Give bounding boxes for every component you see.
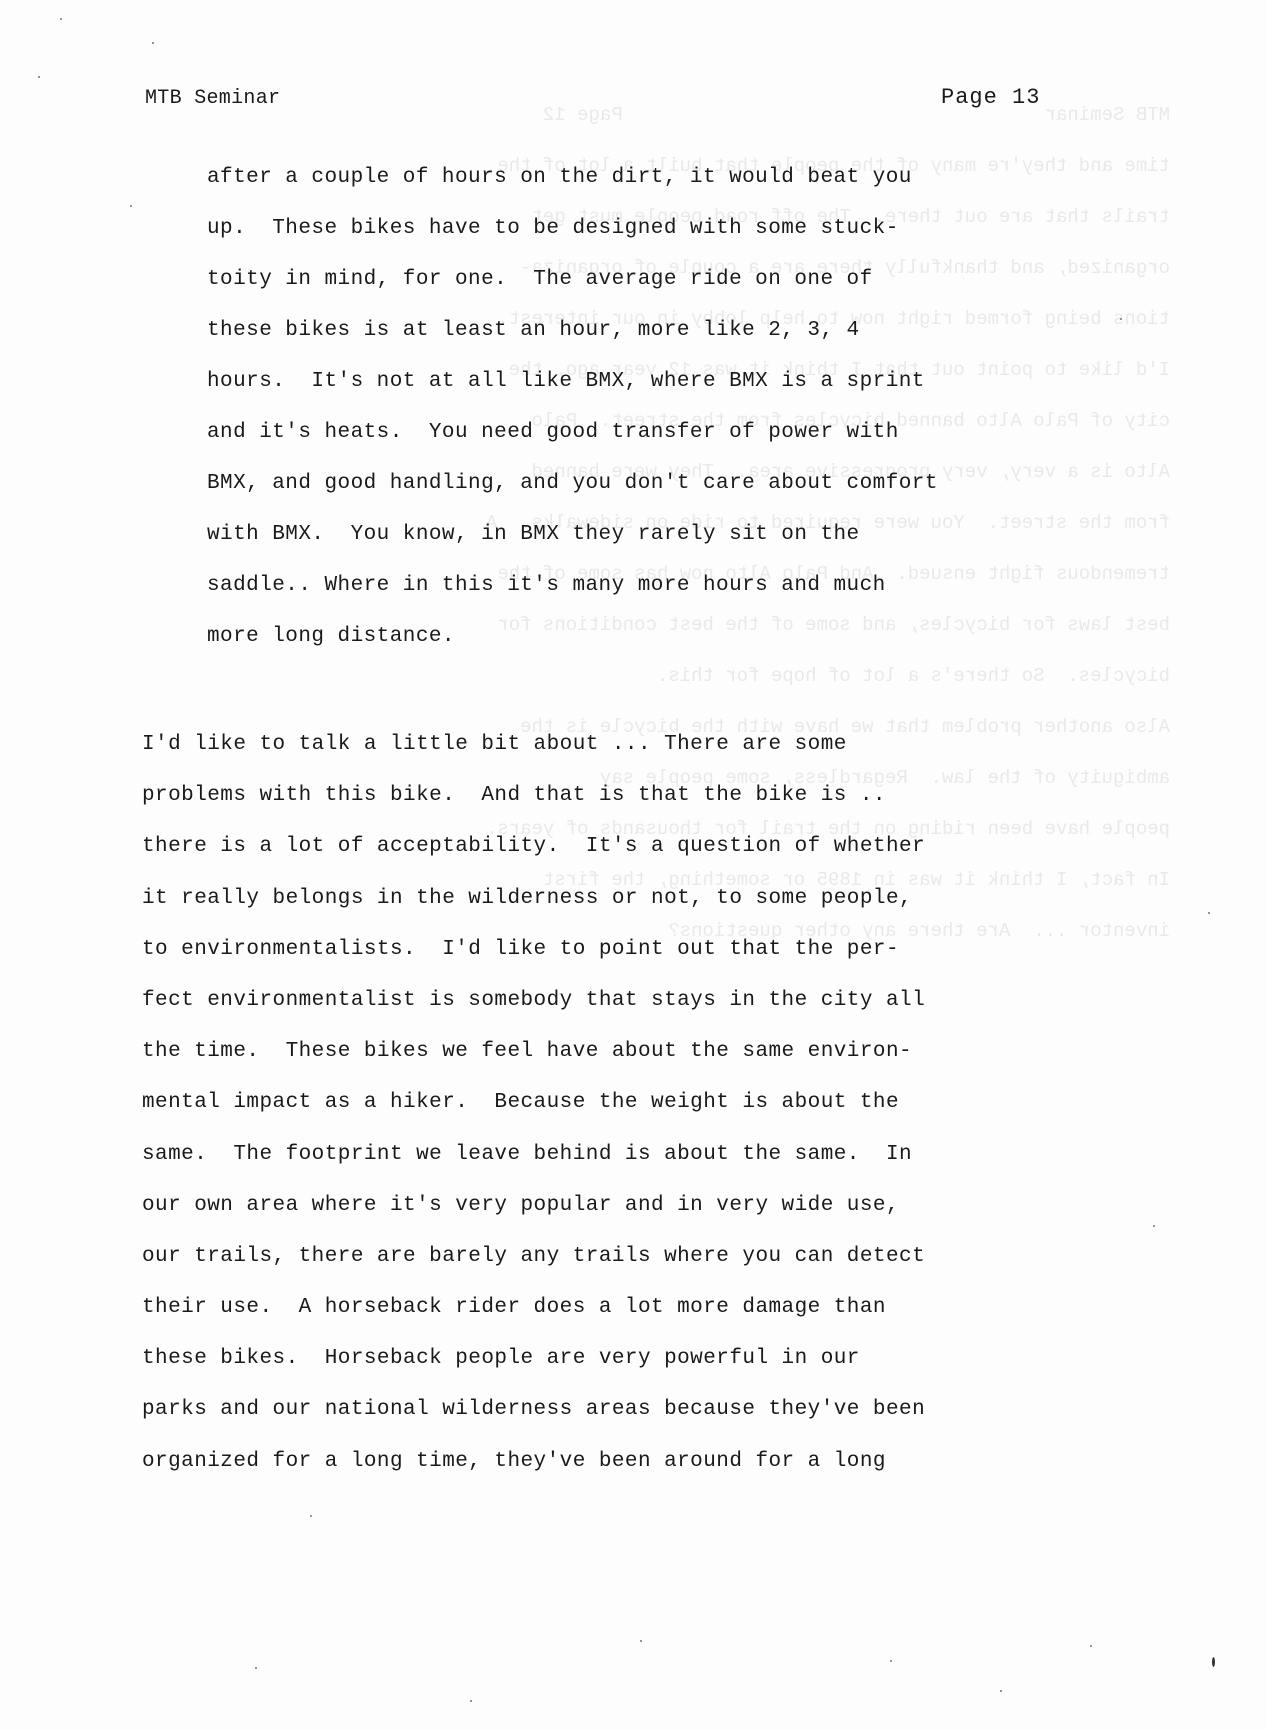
scan-speck — [890, 1660, 892, 1662]
text-line: I'd like to talk a little bit about ... … — [142, 719, 925, 770]
text-line: the time. These bikes we feel have about… — [142, 1026, 925, 1077]
text-line: up. These bikes have to be designed with… — [207, 203, 938, 254]
scan-speck — [60, 18, 62, 20]
text-line: saddle.. Where in this it's many more ho… — [207, 560, 938, 611]
text-line: these bikes. Horseback people are very p… — [142, 1333, 925, 1384]
text-line: after a couple of hours on the dirt, it … — [207, 152, 938, 203]
scan-speck — [255, 1667, 257, 1669]
text-line: BMX, and good handling, and you don't ca… — [207, 458, 938, 509]
scan-speck — [1208, 912, 1210, 914]
text-line: these bikes is at least an hour, more li… — [207, 305, 938, 356]
scan-speck — [130, 205, 132, 207]
document-page: MTB Seminar Page 12 time and they're man… — [0, 0, 1267, 1730]
text-line: same. The footprint we leave behind is a… — [142, 1129, 925, 1180]
paragraph: I'd like to talk a little bit about ... … — [142, 719, 925, 1487]
text-line: our trails, there are barely any trails … — [142, 1231, 925, 1282]
scan-speck — [1090, 1645, 1092, 1647]
text-line: fect environmentalist is somebody that s… — [142, 975, 925, 1026]
text-line: it really belongs in the wilderness or n… — [142, 873, 925, 924]
text-line: with BMX. You know, in BMX they rarely s… — [207, 509, 938, 560]
scan-speck — [1120, 318, 1122, 320]
text-line: toity in mind, for one. The average ride… — [207, 254, 938, 305]
page-number: Page 13 — [941, 85, 1040, 110]
scan-speck — [640, 1640, 642, 1642]
paragraph-indented: after a couple of hours on the dirt, it … — [207, 152, 938, 662]
scan-speck — [310, 1515, 312, 1517]
text-line: there is a lot of acceptability. It's a … — [142, 821, 925, 872]
scan-speck — [470, 1700, 472, 1702]
text-line: problems with this bike. And that is tha… — [142, 770, 925, 821]
scan-speck — [152, 42, 154, 44]
scan-speck — [1000, 1690, 1002, 1692]
text-line: to environmentalists. I'd like to point … — [142, 924, 925, 975]
scan-speck — [1212, 1657, 1215, 1667]
text-line: their use. A horseback rider does a lot … — [142, 1282, 925, 1333]
text-line: our own area where it's very popular and… — [142, 1180, 925, 1231]
text-line: mental impact as a hiker. Because the we… — [142, 1077, 925, 1128]
text-line: more long distance. — [207, 611, 938, 662]
text-line: hours. It's not at all like BMX, where B… — [207, 356, 938, 407]
scan-speck — [38, 76, 40, 78]
document-title: MTB Seminar — [145, 87, 280, 110]
text-line: organized for a long time, they've been … — [142, 1436, 925, 1487]
text-line: and it's heats. You need good transfer o… — [207, 407, 938, 458]
text-line: parks and our national wilderness areas … — [142, 1384, 925, 1435]
scan-speck — [1153, 1225, 1155, 1227]
